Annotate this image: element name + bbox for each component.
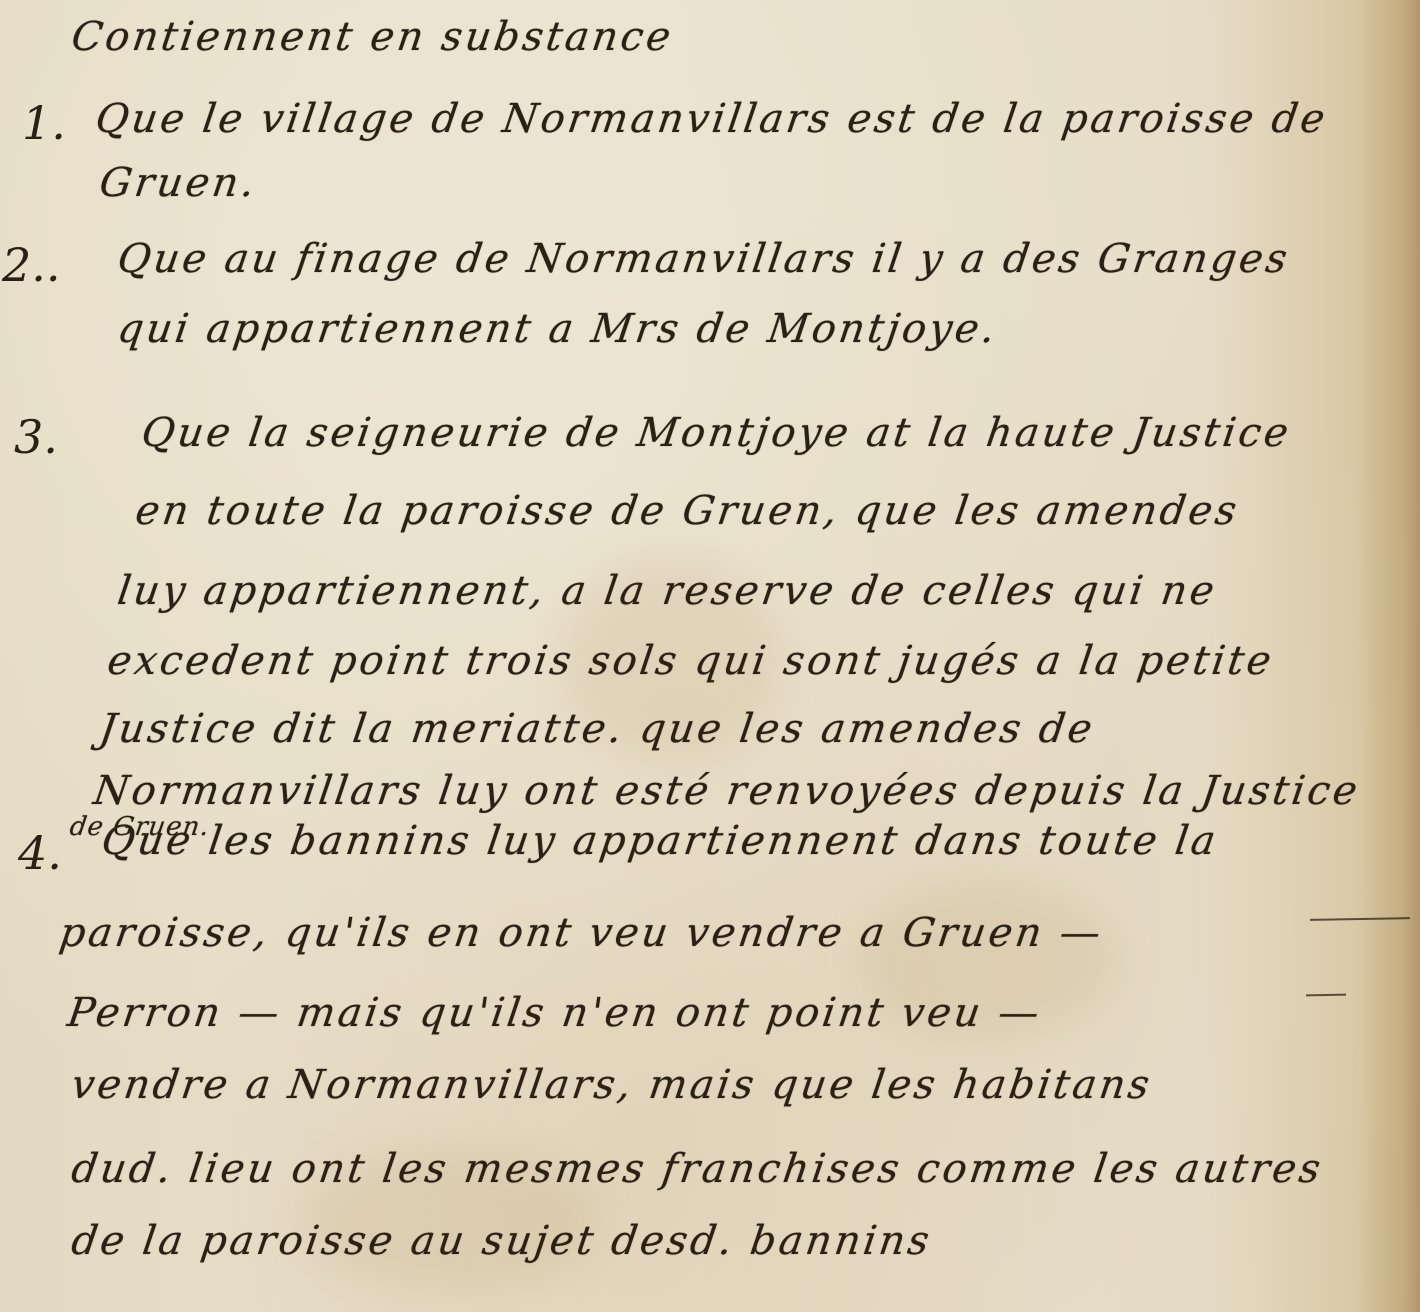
- item-number: 1.: [22, 96, 66, 150]
- item-line: Que au finage de Normanvillars il y a de…: [115, 236, 1293, 282]
- manuscript-page: Contiennent en substance 1. Que le villa…: [0, 0, 1420, 1312]
- item-line: Que la seigneurie de Montjoye at la haut…: [139, 410, 1294, 456]
- item-line: vendre a Normanvillars, mais que les hab…: [69, 1062, 1155, 1108]
- page-edge-shadow: [1360, 0, 1420, 1312]
- item-line: qui appartiennent a Mrs de Montjoye.: [115, 306, 1001, 352]
- item-line: Gruen.: [97, 160, 260, 206]
- item-line: en toute la paroisse de Gruen, que les a…: [133, 488, 1242, 534]
- item-line: luy appartiennent, a la reserve de celle…: [115, 568, 1220, 614]
- item-line: Perron — mais qu'ils n'en ont point veu …: [65, 990, 1045, 1036]
- item-line: dud. lieu ont les mesmes franchises comm…: [69, 1146, 1326, 1192]
- item-line: Normanvillars luy ont esté renvoyées dep…: [91, 768, 1363, 814]
- item-number: 2..: [2, 238, 61, 292]
- line-filler-stroke: [1306, 994, 1346, 997]
- item-line: Que le village de Normanvillars est de l…: [93, 96, 1331, 142]
- item-number: 4.: [18, 826, 62, 880]
- item-line: Que les bannins luy appartiennent dans t…: [99, 818, 1222, 864]
- item-line: de la paroisse au sujet desd. bannins: [69, 1218, 935, 1264]
- item-line: excedent point trois sols qui sont jugés…: [105, 638, 1277, 684]
- document-heading: Contiennent en substance: [69, 14, 677, 60]
- item-line: Justice dit la meriatte. que les amendes…: [97, 706, 1098, 752]
- item-number: 3.: [14, 410, 58, 464]
- item-line: paroisse, qu'ils en ont veu vendre a Gru…: [57, 910, 1106, 956]
